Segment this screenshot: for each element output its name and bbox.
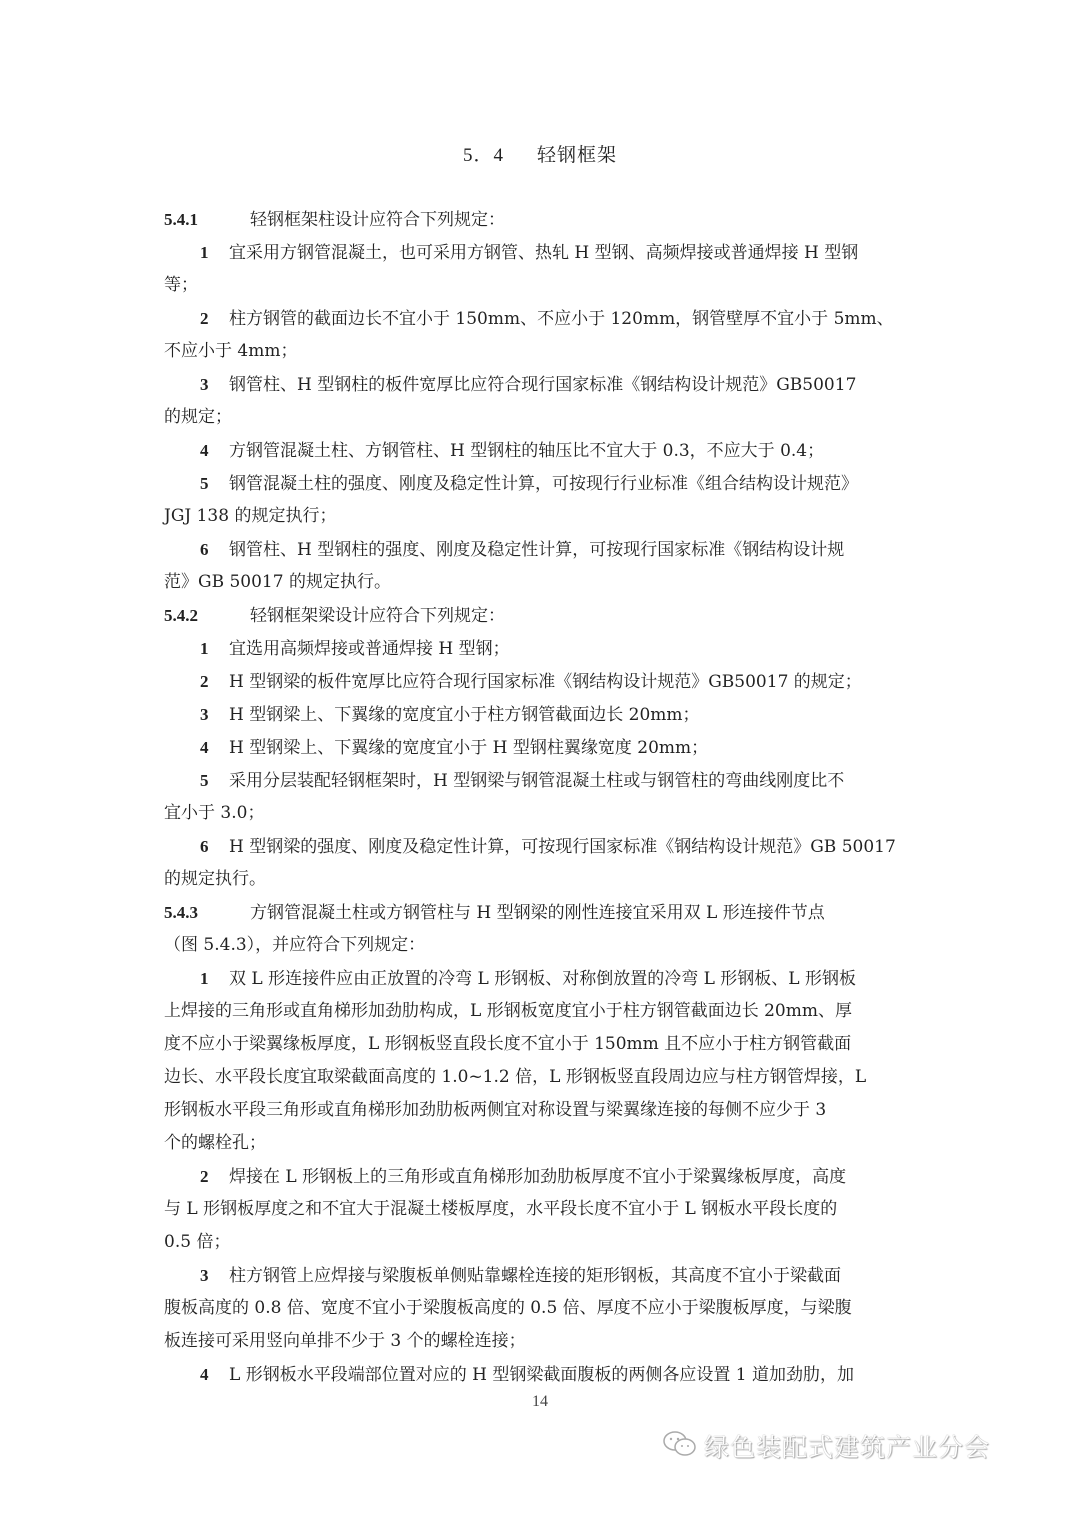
list-item: 4H 型钢梁上、下翼缘的宽度宜小于 H 型钢柱翼缘宽度 20mm； bbox=[164, 731, 916, 764]
line-text: 边长、水平段长度宜取梁截面高度的 1.0~1.2 倍，L 形钢板竖直段周边应与柱… bbox=[164, 1067, 866, 1087]
line-text: 形钢板水平段三角形或直角梯形加劲肋板两侧宜对称设置与梁翼缘连接的每侧不应少于 3 bbox=[164, 1100, 826, 1120]
line-text: 腹板高度的 0.8 倍、宽度不宜小于梁腹板高度的 0.5 倍、厚度不应小于梁腹板… bbox=[164, 1298, 852, 1318]
list-item: 6H 型钢梁的强度、刚度及稳定性计算，可按现行国家标准《钢结构设计规范》GB 5… bbox=[164, 830, 916, 863]
list-item: 3H 型钢梁上、下翼缘的宽度宜小于柱方钢管截面边长 20mm； bbox=[164, 698, 916, 731]
continuation-line: 不应小于 4mm； bbox=[164, 335, 916, 368]
item-number: 6 bbox=[200, 830, 229, 863]
list-item: 2焊接在 L 形钢板上的三角形或直角梯形加劲肋板厚度不宜小于梁翼缘板厚度，高度 bbox=[164, 1160, 916, 1193]
clause-text: 轻钢框架梁设计应符合下列规定： bbox=[250, 606, 505, 626]
line-text: 范》GB 50017 的规定执行。 bbox=[164, 572, 391, 592]
line-text: （图 5.4.3），并应符合下列规定： bbox=[164, 935, 425, 955]
line-text: 宜小于 3.0； bbox=[164, 803, 264, 823]
continuation-line: 边长、水平段长度宜取梁截面高度的 1.0~1.2 倍，L 形钢板竖直段周边应与柱… bbox=[164, 1061, 916, 1094]
line-text: 板连接可采用竖向单排不少于 3 个的螺栓连接； bbox=[164, 1331, 526, 1351]
item-number: 1 bbox=[200, 632, 229, 665]
item-number: 2 bbox=[200, 1160, 229, 1193]
item-number: 4 bbox=[200, 1358, 229, 1391]
item-text: 宜采用方钢管混凝土，也可采用方钢管、热轧 H 型钢、高频焊接或普通焊接 H 型钢 bbox=[229, 243, 858, 263]
continuation-line: （图 5.4.3），并应符合下列规定： bbox=[164, 929, 916, 962]
item-text: 采用分层装配轻钢框架时，H 型钢梁与钢管混凝土柱或与钢管柱的弯曲线刚度比不 bbox=[229, 771, 844, 791]
list-item: 2H 型钢梁的板件宽厚比应符合现行国家标准《钢结构设计规范》GB50017 的规… bbox=[164, 665, 916, 698]
item-text: H 型钢梁上、下翼缘的宽度宜小于 H 型钢柱翼缘宽度 20mm； bbox=[229, 738, 708, 758]
list-item: 5采用分层装配轻钢框架时，H 型钢梁与钢管混凝土柱或与钢管柱的弯曲线刚度比不 bbox=[164, 764, 916, 797]
item-number: 5 bbox=[200, 764, 229, 797]
clause-heading: 5.4.3方钢管混凝土柱或方钢管柱与 H 型钢梁的刚性连接宜采用双 L 形连接件… bbox=[164, 896, 916, 929]
item-text: H 型钢梁的强度、刚度及稳定性计算，可按现行国家标准《钢结构设计规范》GB 50… bbox=[229, 837, 896, 857]
continuation-line: 上焊接的三角形或直角梯形加劲肋构成，L 形钢板宽度宜小于柱方钢管截面边长 20m… bbox=[164, 995, 916, 1028]
line-text: 度不应小于梁翼缘板厚度，L 形钢板竖直段长度不宜小于 150mm 且不应小于柱方… bbox=[164, 1034, 851, 1054]
continuation-line: 形钢板水平段三角形或直角梯形加劲肋板两侧宜对称设置与梁翼缘连接的每侧不应少于 3 bbox=[164, 1094, 916, 1127]
clause-text: 方钢管混凝土柱或方钢管柱与 H 型钢梁的刚性连接宜采用双 L 形连接件节点 bbox=[250, 903, 825, 923]
list-item: 3柱方钢管上应焊接与梁腹板单侧贴靠螺栓连接的矩形钢板，其高度不宜小于梁截面 bbox=[164, 1259, 916, 1292]
item-number: 2 bbox=[200, 665, 229, 698]
item-number: 3 bbox=[200, 698, 229, 731]
list-item: 2柱方钢管的截面边长不宜小于 150mm、不应小于 120mm，钢管壁厚不宜小于… bbox=[164, 302, 916, 335]
clause-heading: 5.4.1轻钢框架柱设计应符合下列规定： bbox=[164, 203, 916, 236]
line-text: 不应小于 4mm； bbox=[164, 341, 297, 361]
item-text: 宜选用高频焊接或普通焊接 H 型钢； bbox=[229, 639, 510, 659]
list-item: 3钢管柱、H 型钢柱的板件宽厚比应符合现行国家标准《钢结构设计规范》GB5001… bbox=[164, 368, 916, 401]
item-number: 3 bbox=[200, 1259, 229, 1292]
line-text: 等； bbox=[164, 275, 198, 295]
list-item: 6钢管柱、H 型钢柱的强度、刚度及稳定性计算，可按现行国家标准《钢结构设计规 bbox=[164, 533, 916, 566]
list-item: 1双 L 形连接件应由正放置的冷弯 L 形钢板、对称倒放置的冷弯 L 形钢板、L… bbox=[164, 962, 916, 995]
line-text: 的规定执行。 bbox=[164, 869, 266, 889]
item-number: 6 bbox=[200, 533, 229, 566]
item-text: 钢管柱、H 型钢柱的强度、刚度及稳定性计算，可按现行国家标准《钢结构设计规 bbox=[229, 540, 844, 560]
line-text: 0.5 倍； bbox=[164, 1232, 230, 1252]
line-text: 的规定； bbox=[164, 407, 232, 427]
item-number: 1 bbox=[200, 962, 229, 995]
clause-number: 5.4.3 bbox=[164, 896, 250, 929]
document-page: 5．4 轻钢框架 5.4.1轻钢框架柱设计应符合下列规定：1宜采用方钢管混凝土，… bbox=[0, 0, 1080, 1528]
clause-text: 轻钢框架柱设计应符合下列规定： bbox=[250, 210, 505, 230]
item-number: 4 bbox=[200, 731, 229, 764]
clause-number: 5.4.1 bbox=[164, 203, 250, 236]
item-text: H 型钢梁上、下翼缘的宽度宜小于柱方钢管截面边长 20mm； bbox=[229, 705, 700, 725]
continuation-line: 腹板高度的 0.8 倍、宽度不宜小于梁腹板高度的 0.5 倍、厚度不应小于梁腹板… bbox=[164, 1292, 916, 1325]
line-text: 与 L 形钢板厚度之和不宜大于混凝土楼板厚度，水平段长度不宜小于 L 钢板水平段… bbox=[164, 1199, 837, 1219]
item-text: 柱方钢管上应焊接与梁腹板单侧贴靠螺栓连接的矩形钢板，其高度不宜小于梁截面 bbox=[229, 1266, 841, 1286]
clause-number: 5.4.2 bbox=[164, 599, 250, 632]
document-body: 5.4.1轻钢框架柱设计应符合下列规定：1宜采用方钢管混凝土，也可采用方钢管、热… bbox=[164, 203, 916, 1391]
item-text: 柱方钢管的截面边长不宜小于 150mm、不应小于 120mm，钢管壁厚不宜小于 … bbox=[229, 309, 894, 329]
section-title-text: 轻钢框架 bbox=[537, 144, 617, 166]
continuation-line: 的规定； bbox=[164, 401, 916, 434]
line-text: 上焊接的三角形或直角梯形加劲肋构成，L 形钢板宽度宜小于柱方钢管截面边长 20m… bbox=[164, 1001, 852, 1021]
continuation-line: 与 L 形钢板厚度之和不宜大于混凝土楼板厚度，水平段长度不宜小于 L 钢板水平段… bbox=[164, 1193, 916, 1226]
continuation-line: 板连接可采用竖向单排不少于 3 个的螺栓连接； bbox=[164, 1325, 916, 1358]
item-text: 焊接在 L 形钢板上的三角形或直角梯形加劲肋板厚度不宜小于梁翼缘板厚度，高度 bbox=[229, 1167, 846, 1187]
clause-heading: 5.4.2轻钢框架梁设计应符合下列规定： bbox=[164, 599, 916, 632]
section-number: 5．4 bbox=[463, 145, 504, 166]
item-number: 5 bbox=[200, 467, 229, 500]
line-text: 个的螺栓孔； bbox=[164, 1133, 266, 1153]
item-number: 1 bbox=[200, 236, 229, 269]
page-number: 14 bbox=[0, 1393, 1080, 1411]
item-text: 钢管柱、H 型钢柱的板件宽厚比应符合现行国家标准《钢结构设计规范》GB50017 bbox=[229, 375, 856, 395]
continuation-line: 度不应小于梁翼缘板厚度，L 形钢板竖直段长度不宜小于 150mm 且不应小于柱方… bbox=[164, 1028, 916, 1061]
continuation-line: 个的螺栓孔； bbox=[164, 1127, 916, 1160]
item-number: 4 bbox=[200, 434, 229, 467]
item-text: L 形钢板水平段端部位置对应的 H 型钢梁截面腹板的两侧各应设置 1 道加劲肋，… bbox=[229, 1365, 854, 1385]
watermark: 绿色装配式建筑产业分会 bbox=[704, 1428, 990, 1464]
wechat-icon bbox=[662, 1430, 698, 1458]
item-text: 钢管混凝土柱的强度、刚度及稳定性计算，可按现行行业标准《组合结构设计规范》 bbox=[229, 474, 858, 494]
continuation-line: JGJ 138 的规定执行； bbox=[164, 500, 916, 533]
continuation-line: 0.5 倍； bbox=[164, 1226, 916, 1259]
line-text: JGJ 138 的规定执行； bbox=[164, 506, 336, 526]
list-item: 1宜选用高频焊接或普通焊接 H 型钢； bbox=[164, 632, 916, 665]
continuation-line: 等； bbox=[164, 269, 916, 302]
item-text: H 型钢梁的板件宽厚比应符合现行国家标准《钢结构设计规范》GB50017 的规定… bbox=[229, 672, 862, 692]
item-number: 2 bbox=[200, 302, 229, 335]
item-text: 方钢管混凝土柱、方钢管柱、H 型钢柱的轴压比不宜大于 0.3，不应大于 0.4； bbox=[229, 441, 824, 461]
section-title: 5．4 轻钢框架 bbox=[0, 140, 1080, 167]
watermark-text: 绿色装配式建筑产业分会 bbox=[704, 1433, 990, 1462]
continuation-line: 宜小于 3.0； bbox=[164, 797, 916, 830]
list-item: 4L 形钢板水平段端部位置对应的 H 型钢梁截面腹板的两侧各应设置 1 道加劲肋… bbox=[164, 1358, 916, 1391]
list-item: 5钢管混凝土柱的强度、刚度及稳定性计算，可按现行行业标准《组合结构设计规范》 bbox=[164, 467, 916, 500]
list-item: 1宜采用方钢管混凝土，也可采用方钢管、热轧 H 型钢、高频焊接或普通焊接 H 型… bbox=[164, 236, 916, 269]
list-item: 4方钢管混凝土柱、方钢管柱、H 型钢柱的轴压比不宜大于 0.3，不应大于 0.4… bbox=[164, 434, 916, 467]
item-number: 3 bbox=[200, 368, 229, 401]
continuation-line: 的规定执行。 bbox=[164, 863, 916, 896]
item-text: 双 L 形连接件应由正放置的冷弯 L 形钢板、对称倒放置的冷弯 L 形钢板、L … bbox=[229, 969, 856, 989]
continuation-line: 范》GB 50017 的规定执行。 bbox=[164, 566, 916, 599]
